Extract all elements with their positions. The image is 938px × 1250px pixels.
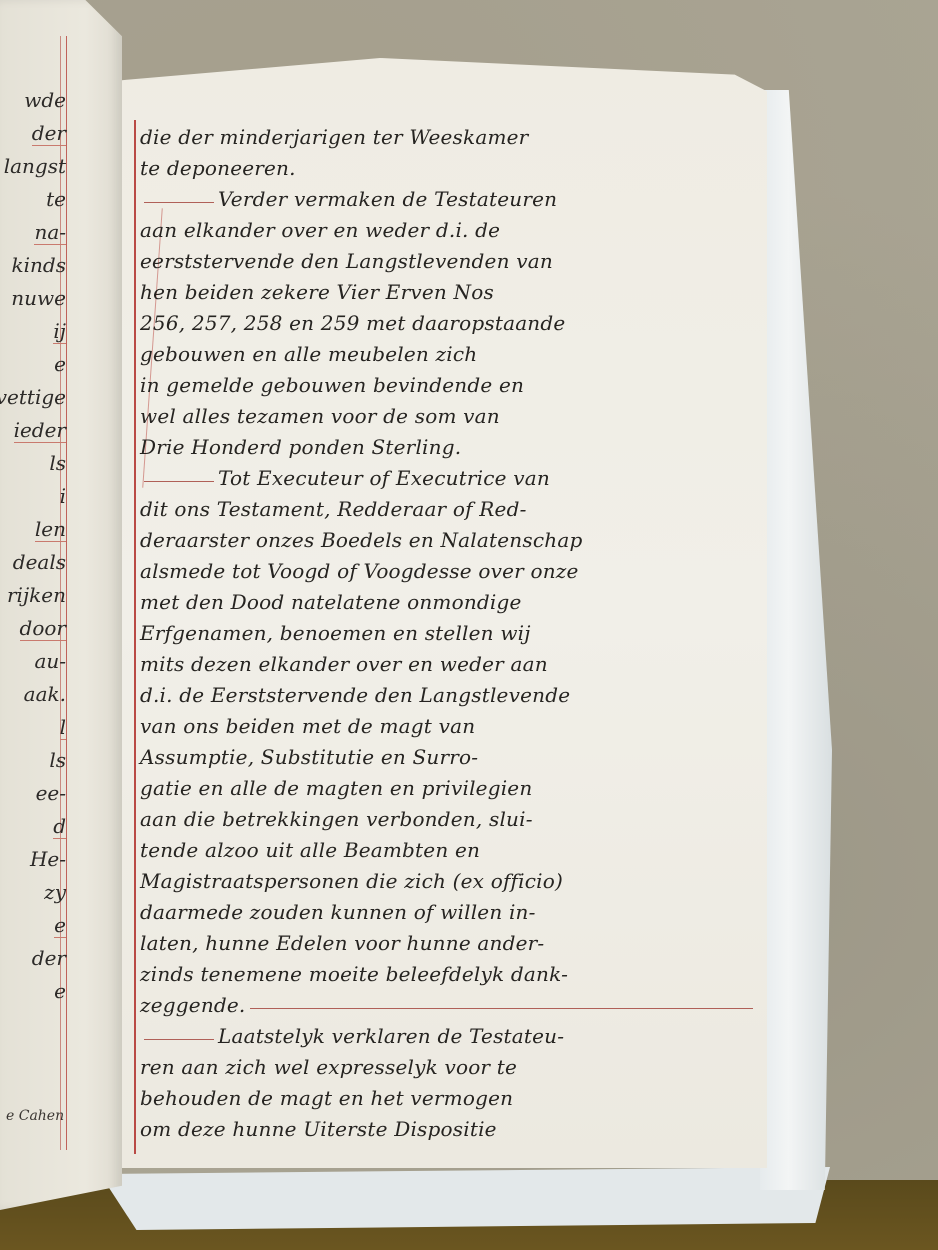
- left-text-fragment: ee-: [36, 781, 66, 805]
- left-text-fragment: d: [53, 814, 66, 839]
- text-line: van ons beiden met de magt van: [140, 707, 757, 738]
- left-text-fragment: ieder: [14, 418, 66, 443]
- text-line: wel alles tezamen voor de som van: [140, 397, 757, 428]
- line-text: Assumptie, Substitutie en Surro-: [140, 745, 478, 769]
- left-page-note: e Cahen: [6, 1108, 64, 1124]
- text-line: die der minderjarigen ter Weeskamer: [140, 118, 757, 149]
- text-line: gebouwen en alle meubelen zich: [140, 335, 757, 366]
- left-margin-rule: [66, 36, 67, 1150]
- text-line: met den Dood natelatene onmondige: [140, 583, 757, 614]
- left-text-fragment: e: [54, 352, 66, 376]
- line-text: mits dezen elkander over en weder aan: [140, 652, 548, 676]
- line-text: zinds tenemene moeite beleefdelyk dank-: [140, 962, 568, 986]
- text-line: deraarster onzes Boedels en Nalatenschap: [140, 521, 757, 552]
- left-text-fragment: He-: [30, 847, 66, 871]
- line-text: ren aan zich wel expresselyk voor te: [140, 1055, 517, 1079]
- left-text-fragment: der: [32, 121, 66, 146]
- text-line: te deponeeren.: [140, 149, 757, 180]
- text-line: Drie Honderd ponden Sterling.: [140, 428, 757, 459]
- text-line: mits dezen elkander over en weder aan: [140, 645, 757, 676]
- line-text: daarmede zouden kunnen of willen in-: [140, 900, 536, 924]
- paragraph-dash: [144, 1038, 214, 1040]
- left-text-fragment: i: [60, 484, 66, 508]
- line-text: met den Dood natelatene onmondige: [140, 590, 522, 614]
- text-line: zinds tenemene moeite beleefdelyk dank-: [140, 955, 757, 986]
- text-line: Verder vermaken de Testateuren: [140, 180, 757, 211]
- text-line: Erfgenamen, benoemen en stellen wij: [140, 614, 757, 645]
- text-line: om deze hunne Uiterste Dispositie: [140, 1110, 757, 1141]
- line-text: eerststervende den Langstlevenden van: [140, 249, 553, 273]
- line-text: Erfgenamen, benoemen en stellen wij: [140, 621, 531, 645]
- line-text: Drie Honderd ponden Sterling.: [140, 435, 461, 459]
- text-line: 256, 257, 258 en 259 met daaropstaande: [140, 304, 757, 335]
- text-line: laten, hunne Edelen voor hunne ander-: [140, 924, 757, 955]
- left-text-fragment: l: [60, 715, 66, 740]
- line-text: gatie en alle de magten en privilegien: [140, 776, 532, 800]
- line-text: deraarster onzes Boedels en Nalatenschap: [140, 528, 582, 552]
- left-text-fragment: door: [20, 616, 66, 641]
- left-text-fragment: rijken: [7, 583, 66, 607]
- line-text: aan elkander over en weder d.i. de: [140, 218, 500, 242]
- left-text-fragment: wde: [24, 88, 66, 112]
- text-line: aan die betrekkingen verbonden, slui-: [140, 800, 757, 831]
- line-text: laten, hunne Edelen voor hunne ander-: [140, 931, 544, 955]
- line-text: Verder vermaken de Testateuren: [218, 187, 557, 211]
- text-line: Tot Executeur of Executrice van: [140, 459, 757, 490]
- left-text-fragment: nuwe: [11, 286, 66, 310]
- line-text: dit ons Testament, Redderaar of Red-: [140, 497, 527, 521]
- left-text-fragment: len: [35, 517, 66, 542]
- left-text-fragment: kinds: [12, 253, 66, 277]
- text-line: alsmede tot Voogd of Voogdesse over onze: [140, 552, 757, 583]
- text-line: zeggende.: [140, 986, 757, 1017]
- text-line: behouden de magt en het vermogen: [140, 1079, 757, 1110]
- text-line: Laatstelyk verklaren de Testateu-: [140, 1017, 757, 1048]
- paragraph-dash: [144, 201, 214, 203]
- line-text: die der minderjarigen ter Weeskamer: [140, 125, 528, 149]
- left-text-fragment: der: [32, 946, 66, 970]
- left-text-fragment: vettige: [0, 385, 66, 409]
- text-line: hen beiden zekere Vier Erven Nos: [140, 273, 757, 304]
- left-text-fragment: na-: [34, 220, 66, 245]
- text-line: in gemelde gebouwen bevindende en: [140, 366, 757, 397]
- left-text-fragment: ij: [53, 319, 66, 344]
- left-page: wdederlangsttena-kindsnuweijevettigeiede…: [0, 0, 122, 1210]
- left-text-fragment: langst: [4, 154, 66, 178]
- left-text-fragment: au-: [34, 649, 66, 673]
- line-text: 256, 257, 258 en 259 met daaropstaande: [140, 311, 565, 335]
- line-text: d.i. de Eerststervende den Langstlevende: [140, 683, 570, 707]
- paragraph-dash: [144, 480, 214, 482]
- line-text: om deze hunne Uiterste Dispositie: [140, 1117, 497, 1141]
- text-line: Magistraatspersonen die zich (ex officio…: [140, 862, 757, 893]
- left-text-fragment: ls: [49, 748, 66, 772]
- line-text: gebouwen en alle meubelen zich: [140, 342, 477, 366]
- text-line: gatie en alle de magten en privilegien: [140, 769, 757, 800]
- line-text: Laatstelyk verklaren de Testateu-: [218, 1024, 564, 1048]
- line-text: aan die betrekkingen verbonden, slui-: [140, 807, 533, 831]
- line-text: hen beiden zekere Vier Erven Nos: [140, 280, 494, 304]
- line-text: Tot Executeur of Executrice van: [218, 466, 550, 490]
- text-line: aan elkander over en weder d.i. de: [140, 211, 757, 242]
- text-line: Assumptie, Substitutie en Surro-: [140, 738, 757, 769]
- text-line: eerststervende den Langstlevenden van: [140, 242, 757, 273]
- text-line: d.i. de Eerststervende den Langstlevende: [140, 676, 757, 707]
- left-text-fragment: aak.: [24, 682, 66, 706]
- left-text-fragment: e: [54, 913, 66, 938]
- text-line: daarmede zouden kunnen of willen in-: [140, 893, 757, 924]
- line-text: zeggende.: [140, 993, 246, 1017]
- margin-rule: [134, 120, 136, 1154]
- left-text-fragment: zy: [44, 880, 66, 904]
- line-text: te deponeeren.: [140, 156, 296, 180]
- line-text: Magistraatspersonen die zich (ex officio…: [140, 869, 563, 893]
- left-text-fragment: ls: [49, 451, 66, 475]
- text-line: ren aan zich wel expresselyk voor te: [140, 1048, 757, 1079]
- main-page: die der minderjarigen ter Weeskamerte de…: [122, 58, 767, 1168]
- line-filler-dash: [250, 1007, 754, 1009]
- line-text: in gemelde gebouwen bevindende en: [140, 373, 524, 397]
- text-line: dit ons Testament, Redderaar of Red-: [140, 490, 757, 521]
- handwritten-text: die der minderjarigen ter Weeskamerte de…: [140, 118, 757, 1141]
- line-text: wel alles tezamen voor de som van: [140, 404, 500, 428]
- line-text: alsmede tot Voogd of Voogdesse over onze: [140, 559, 579, 583]
- line-text: behouden de magt en het vermogen: [140, 1086, 513, 1110]
- text-line: tende alzoo uit alle Beambten en: [140, 831, 757, 862]
- line-text: tende alzoo uit alle Beambten en: [140, 838, 480, 862]
- left-text-fragment: te: [46, 187, 66, 211]
- left-text-fragment: e: [54, 979, 66, 1003]
- left-text-fragment: deals: [13, 550, 66, 574]
- line-text: van ons beiden met de magt van: [140, 714, 475, 738]
